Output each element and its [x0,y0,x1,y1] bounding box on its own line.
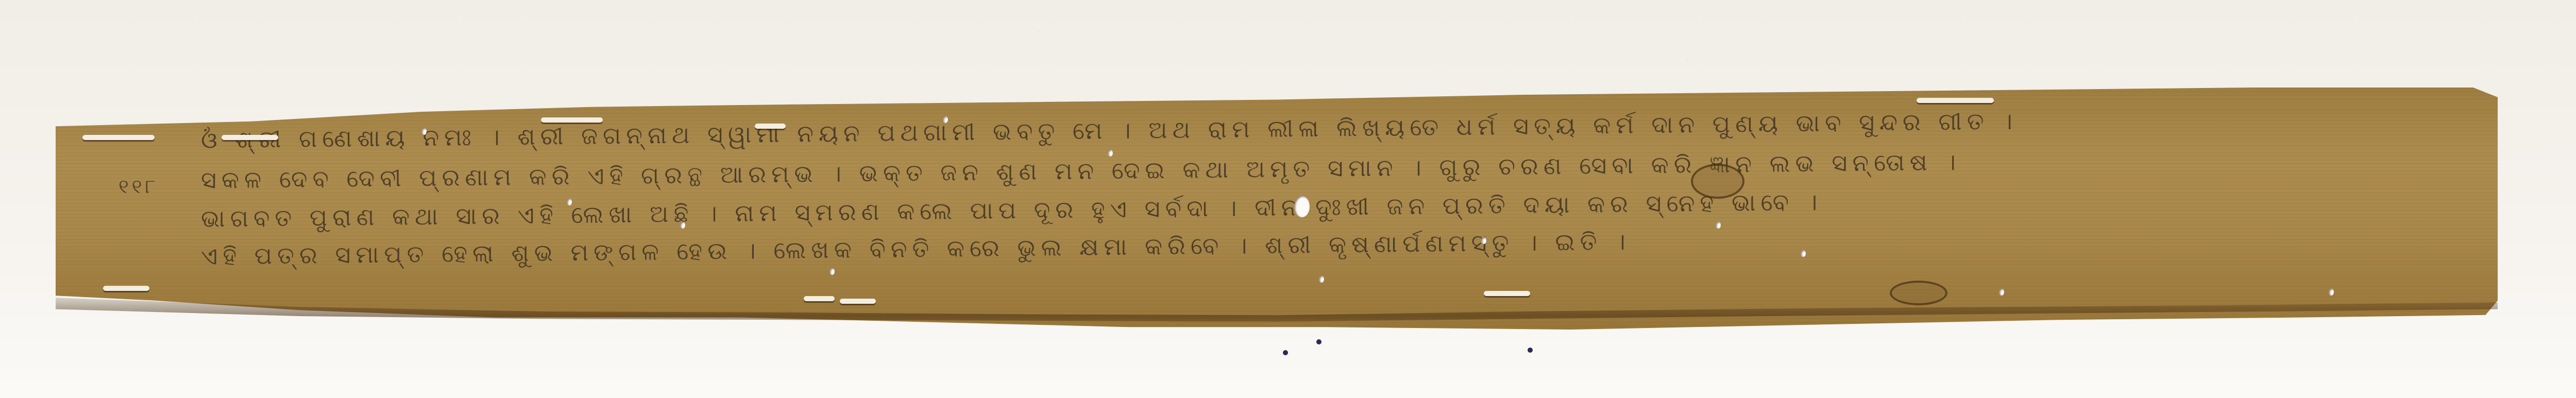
edge-tear [103,286,149,291]
edge-tear [1917,98,1994,103]
worm-hole [1999,288,2004,296]
worm-hole [943,116,948,123]
leaf-knot [1890,281,1947,305]
worm-hole [1481,237,1486,244]
background-ink-dot [1528,348,1533,353]
background-ink-dot [1283,350,1288,355]
worm-hole [1801,250,1806,257]
folio-number: ୧୧୮ [118,175,158,198]
binding-hole [1294,196,1310,217]
background-ink-dot [1316,339,1321,344]
edge-tear [755,124,786,129]
edge-tear [82,135,155,140]
edge-tear [541,117,603,123]
worm-hole [1108,149,1113,157]
edge-tear [804,296,835,301]
worm-hole [421,128,427,135]
edge-tear [222,135,278,140]
edge-tear [840,299,876,304]
worm-hole [567,198,572,205]
worm-hole [680,221,685,229]
worm-hole [1716,221,1721,229]
worm-hole [829,268,835,275]
worm-hole [2329,288,2334,296]
edge-tear [1484,291,1530,296]
worm-hole [1319,275,1324,283]
leaf-knot [1691,164,1744,199]
